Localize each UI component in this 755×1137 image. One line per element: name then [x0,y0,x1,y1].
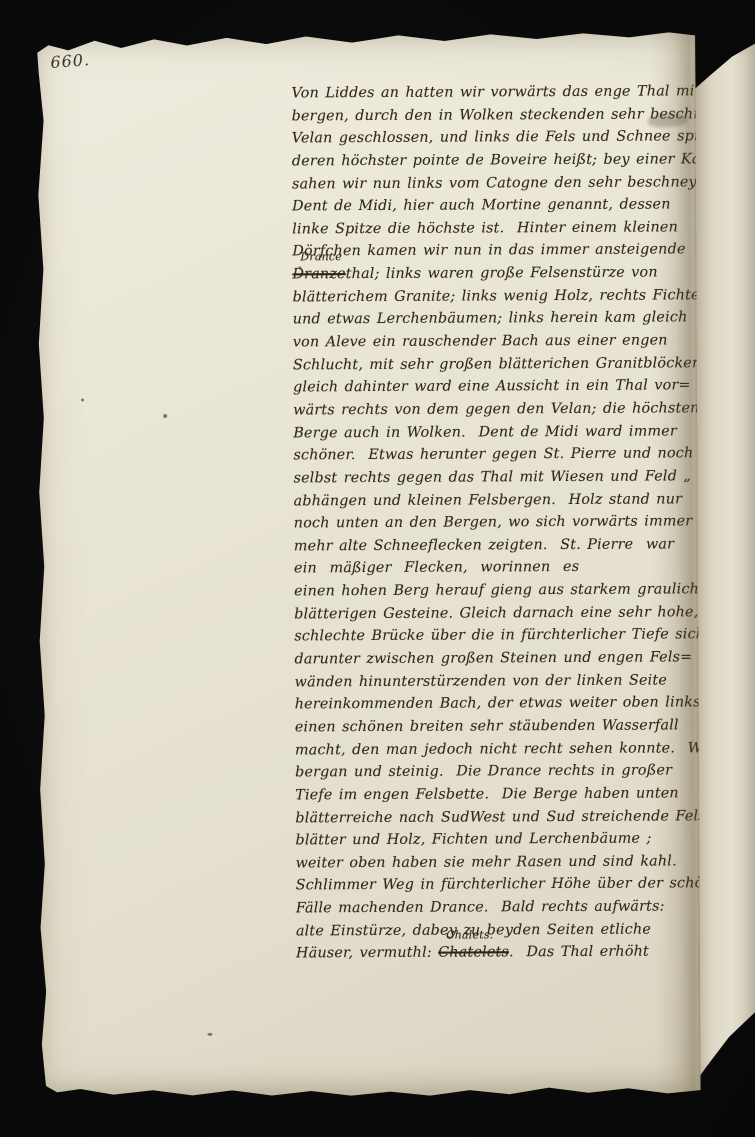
manuscript-line: einen hohen Berg herauf gieng aus starke… [294,578,729,603]
manuscript-line: Tiefe im engen Felsbette. Die Berge habe… [295,782,730,807]
manuscript-line: Häuser, vermuthl: Chalets.Chatelets. Das… [296,940,731,965]
manuscript-line: Berge auch in Wolken. Dent de Midi ward … [293,420,728,445]
manuscript-line: linke Spitze die höchste ist. Hinter ein… [292,216,727,241]
manuscript-line: wärts rechts von dem gegen den Velan; di… [293,397,728,422]
manuscript-line: Schlucht, mit sehr großen blätterichen G… [293,352,728,377]
manuscript-line: sahen wir nun links vom Catogne den sehr… [292,171,727,196]
interlinear-insertion: Chalets. [446,930,493,941]
manuscript-line: selbst rechts gegen das Thal mit Wiesen … [293,465,728,490]
manuscript-line: von Aleve ein rauschender Bach aus einer… [293,329,728,354]
foxing-speck [163,414,167,418]
manuscript-line: Von Liddes an hatten wir vorwärts das en… [291,80,726,105]
foxing-speck [298,266,301,269]
manuscript-line: DranceDranzethal; links waren große Fels… [292,261,727,286]
manuscript-page: 660. Von Liddes an hatten wir vorwärts d… [35,32,701,1097]
manuscript-line: mehr alte Schneeflecken zeigten. St. Pie… [294,533,729,558]
manuscript-line: gleich dahinter ward eine Aussicht in ei… [293,374,728,399]
manuscript-line: macht, den man jedoch nicht recht sehen … [295,737,730,762]
foxing-speck [81,398,84,401]
foxing-speck [207,1033,212,1036]
manuscript-line: Dent de Midi, hier auch Mortine genannt,… [292,193,727,218]
manuscript-line: Velan geschlossen, und links die Fels un… [292,125,727,150]
manuscript-line: weiter oben haben sie mehr Rasen und sin… [296,850,731,875]
manuscript-line: blätter und Holz, Fichten und Lerchenbäu… [295,827,730,852]
manuscript-line: ein mäßiger Flecken, worinnen es [294,556,729,581]
scanner-bed: { "scan": { "folio_number": "660.", "col… [0,0,755,1137]
struck-word: Chatelets [438,945,509,961]
manuscript-line: hereinkommenden Bach, der etwas weiter o… [295,691,730,716]
manuscript-line: darunter zwischen großen Steinen und eng… [294,646,729,671]
folio-number: 660. [50,50,91,72]
manuscript-line: bergan und steinig. Die Drance rechts in… [295,759,730,784]
line-text: . Das Thal erhöht [509,944,649,961]
manuscript-text: Von Liddes an hatten wir vorwärts das en… [291,80,731,965]
manuscript-line: Fälle machenden Drance. Bald rechts aufw… [296,895,731,920]
manuscript-line: Dörfchen kamen wir nun in das immer anst… [292,239,727,264]
manuscript-line: blätterreiche nach SudWest und Sud strei… [295,805,730,830]
manuscript-line: abhängen und kleinen Felsbergen. Holz st… [294,488,729,513]
manuscript-line: schlechte Brücke über die in fürchterlic… [294,623,729,648]
manuscript-line: deren höchster pointe de Boveire heißt; … [292,148,727,173]
correction: Chalets.Chatelets [438,942,509,965]
manuscript-line: einen schönen breiten sehr stäubenden Wa… [295,714,730,739]
manuscript-line: blätterichem Granite; links wenig Holz, … [293,284,728,309]
manuscript-line: und etwas Lerchenbäumen; links herein ka… [293,307,728,332]
line-text: thal; links waren große Felsenstürze von [346,265,658,283]
interlinear-insertion: Drance [300,251,342,262]
manuscript-line: alte Einstürze, dabey zu beyden Seiten e… [296,918,731,943]
manuscript-line: blätterigen Gesteine. Gleich darnach ein… [294,601,729,626]
manuscript-line: Schlimmer Weg in fürchterlicher Höhe übe… [296,873,731,898]
manuscript-line: noch unten an den Bergen, wo sich vorwär… [294,510,729,535]
manuscript-line: wänden hinunterstürzenden von der linken… [295,669,730,694]
manuscript-line: schöner. Etwas herunter gegen St. Pierre… [293,442,728,467]
line-text: Häuser, vermuthl: [296,945,438,962]
